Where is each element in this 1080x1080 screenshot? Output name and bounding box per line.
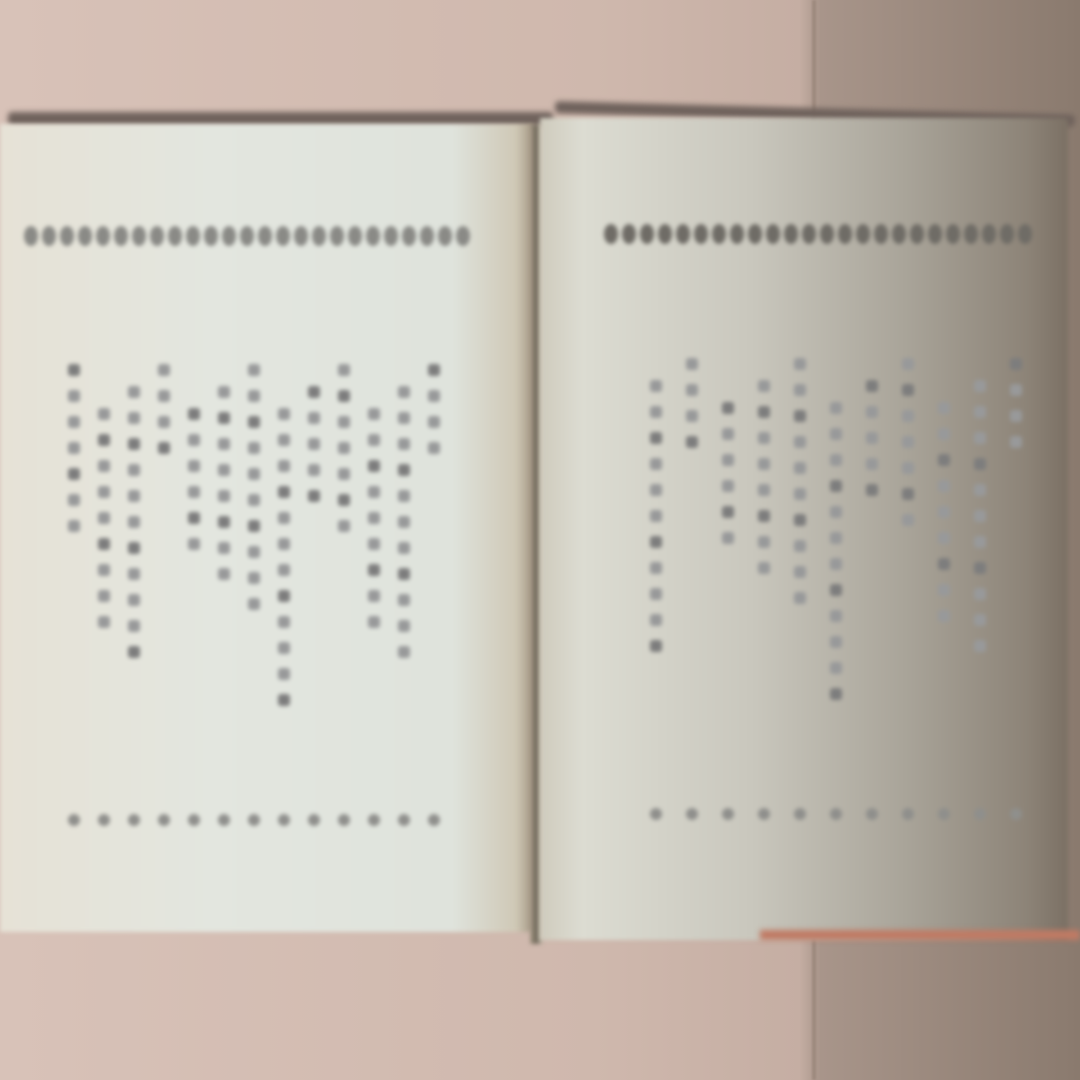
toc-entry-column xyxy=(338,364,350,532)
illegible-character xyxy=(758,458,770,470)
illegible-character xyxy=(338,364,350,376)
toc-entry-column xyxy=(758,380,770,574)
illegible-character xyxy=(722,480,734,492)
illegible-character xyxy=(128,490,140,502)
page-number-marker xyxy=(68,814,80,826)
illegible-character xyxy=(248,520,260,532)
illegible-character xyxy=(128,542,140,554)
illegible-character xyxy=(974,614,986,626)
illegible-character xyxy=(938,532,950,544)
page-number-marker xyxy=(158,814,170,826)
illegible-character xyxy=(128,386,140,398)
illegible-character xyxy=(188,486,200,498)
ornament-icon xyxy=(820,224,834,244)
book-cover-red-edge xyxy=(760,930,1080,940)
page-number-marker xyxy=(248,814,260,826)
illegible-character xyxy=(278,512,290,524)
illegible-character xyxy=(650,614,662,626)
illegible-character xyxy=(722,402,734,414)
illegible-character xyxy=(794,436,806,448)
illegible-character xyxy=(128,516,140,528)
ornament-icon xyxy=(982,224,996,244)
illegible-character xyxy=(974,510,986,522)
illegible-character xyxy=(794,566,806,578)
illegible-character xyxy=(68,442,80,454)
ornament-icon xyxy=(384,226,398,246)
illegible-character xyxy=(218,438,230,450)
ornament-icon xyxy=(132,226,146,246)
ornament-icon xyxy=(640,224,654,244)
illegible-character xyxy=(938,610,950,622)
illegible-character xyxy=(722,506,734,518)
ornament-icon xyxy=(748,224,762,244)
toc-entry-column xyxy=(722,402,734,544)
ornament-icon xyxy=(928,224,942,244)
illegible-character xyxy=(218,412,230,424)
illegible-character xyxy=(278,460,290,472)
illegible-character xyxy=(128,464,140,476)
toc-entry-column xyxy=(686,358,698,448)
illegible-character xyxy=(398,516,410,528)
illegible-character xyxy=(650,640,662,652)
right-page xyxy=(540,118,1068,940)
illegible-character xyxy=(1010,384,1022,396)
toc-entry-column xyxy=(866,380,878,496)
page-number-marker xyxy=(866,808,878,820)
page-number-marker xyxy=(308,814,320,826)
illegible-character xyxy=(218,516,230,528)
toc-entry-column xyxy=(68,364,80,532)
toc-entry-column xyxy=(650,380,662,652)
open-book xyxy=(0,112,1080,952)
toc-entry-column xyxy=(248,364,260,610)
illegible-character xyxy=(308,490,320,502)
illegible-character xyxy=(866,432,878,444)
illegible-character xyxy=(398,620,410,632)
illegible-character xyxy=(98,460,110,472)
illegible-character xyxy=(368,616,380,628)
illegible-character xyxy=(278,668,290,680)
illegible-character xyxy=(398,646,410,658)
illegible-character xyxy=(278,434,290,446)
illegible-character xyxy=(830,428,842,440)
illegible-character xyxy=(938,428,950,440)
ornament-icon xyxy=(712,224,726,244)
ornament-icon xyxy=(24,226,38,246)
ornament-border-left xyxy=(24,226,470,246)
illegible-character xyxy=(368,460,380,472)
illegible-character xyxy=(650,484,662,496)
illegible-character xyxy=(98,564,110,576)
illegible-character xyxy=(338,442,350,454)
illegible-character xyxy=(722,532,734,544)
illegible-character xyxy=(938,506,950,518)
illegible-character xyxy=(1010,436,1022,448)
illegible-character xyxy=(158,364,170,376)
ornament-icon xyxy=(294,226,308,246)
page-number-marker xyxy=(398,814,410,826)
illegible-character xyxy=(758,406,770,418)
toc-entry-column xyxy=(98,408,110,628)
illegible-character xyxy=(368,434,380,446)
illegible-character xyxy=(938,454,950,466)
page-number-marker xyxy=(902,808,914,820)
illegible-character xyxy=(830,402,842,414)
page-number-marker xyxy=(650,808,662,820)
illegible-character xyxy=(794,592,806,604)
illegible-character xyxy=(650,510,662,522)
illegible-character xyxy=(830,454,842,466)
ornament-icon xyxy=(1000,224,1014,244)
toc-entry-column xyxy=(938,402,950,622)
ornament-icon xyxy=(694,224,708,244)
illegible-character xyxy=(974,588,986,600)
illegible-character xyxy=(938,558,950,570)
ornament-icon xyxy=(964,224,978,244)
ornament-icon xyxy=(766,224,780,244)
illegible-character xyxy=(308,412,320,424)
illegible-character xyxy=(368,564,380,576)
page-number-marker xyxy=(278,814,290,826)
illegible-character xyxy=(866,458,878,470)
illegible-character xyxy=(248,546,260,558)
page-number-marker xyxy=(368,814,380,826)
illegible-character xyxy=(428,416,440,428)
illegible-character xyxy=(794,384,806,396)
illegible-character xyxy=(398,438,410,450)
illegible-character xyxy=(428,364,440,376)
illegible-character xyxy=(398,490,410,502)
illegible-character xyxy=(794,462,806,474)
illegible-character xyxy=(128,412,140,424)
ornament-icon xyxy=(96,226,110,246)
ornament-icon xyxy=(348,226,362,246)
toc-entry-column xyxy=(218,386,230,580)
illegible-character xyxy=(974,562,986,574)
illegible-character xyxy=(68,390,80,402)
illegible-character xyxy=(338,416,350,428)
illegible-character xyxy=(98,616,110,628)
illegible-character xyxy=(98,486,110,498)
toc-entry-column xyxy=(278,408,290,706)
ornament-icon xyxy=(222,226,236,246)
page-number-marker xyxy=(188,814,200,826)
illegible-character xyxy=(794,358,806,370)
illegible-character xyxy=(938,480,950,492)
left-page xyxy=(0,124,532,932)
illegible-character xyxy=(794,488,806,500)
illegible-character xyxy=(686,358,698,370)
illegible-character xyxy=(98,408,110,420)
page-number-marker xyxy=(974,808,986,820)
toc-entry-column xyxy=(158,364,170,454)
illegible-character xyxy=(248,416,260,428)
illegible-character xyxy=(974,432,986,444)
illegible-character xyxy=(794,410,806,422)
page-number-marker xyxy=(794,808,806,820)
ornament-icon xyxy=(438,226,452,246)
illegible-character xyxy=(938,584,950,596)
illegible-character xyxy=(278,486,290,498)
illegible-character xyxy=(98,434,110,446)
illegible-character xyxy=(248,468,260,480)
illegible-character xyxy=(758,380,770,392)
illegible-character xyxy=(278,642,290,654)
illegible-character xyxy=(428,442,440,454)
illegible-character xyxy=(338,494,350,506)
illegible-character xyxy=(722,428,734,440)
illegible-character xyxy=(830,506,842,518)
illegible-character xyxy=(1010,410,1022,422)
illegible-character xyxy=(758,562,770,574)
ornament-icon xyxy=(186,226,200,246)
illegible-character xyxy=(830,584,842,596)
illegible-character xyxy=(218,542,230,554)
ornament-icon xyxy=(622,224,636,244)
illegible-character xyxy=(830,480,842,492)
illegible-character xyxy=(338,520,350,532)
illegible-character xyxy=(278,616,290,628)
illegible-character xyxy=(902,436,914,448)
illegible-character xyxy=(398,412,410,424)
illegible-character xyxy=(650,536,662,548)
illegible-character xyxy=(428,390,440,402)
illegible-character xyxy=(758,536,770,548)
illegible-character xyxy=(974,640,986,652)
ornament-icon xyxy=(114,226,128,246)
illegible-character xyxy=(830,662,842,674)
toc-entry-column xyxy=(128,386,140,658)
illegible-character xyxy=(398,594,410,606)
illegible-character xyxy=(218,386,230,398)
illegible-character xyxy=(368,538,380,550)
illegible-character xyxy=(188,512,200,524)
illegible-character xyxy=(650,458,662,470)
illegible-character xyxy=(974,380,986,392)
ornament-icon xyxy=(168,226,182,246)
toc-entry-column xyxy=(902,358,914,526)
illegible-character xyxy=(398,568,410,580)
illegible-character xyxy=(218,464,230,476)
illegible-character xyxy=(794,514,806,526)
illegible-character xyxy=(650,406,662,418)
illegible-character xyxy=(650,432,662,444)
illegible-character xyxy=(686,384,698,396)
ornament-icon xyxy=(730,224,744,244)
page-number-marker xyxy=(428,814,440,826)
illegible-character xyxy=(398,464,410,476)
ornament-icon xyxy=(658,224,672,244)
ornament-icon xyxy=(604,224,618,244)
ornament-icon xyxy=(330,226,344,246)
toc-entry-column xyxy=(1010,358,1022,448)
illegible-character xyxy=(902,384,914,396)
illegible-character xyxy=(128,438,140,450)
illegible-character xyxy=(68,468,80,480)
ornament-icon xyxy=(892,224,906,244)
illegible-character xyxy=(368,486,380,498)
toc-entry-column xyxy=(398,386,410,658)
illegible-character xyxy=(830,558,842,570)
illegible-character xyxy=(902,488,914,500)
illegible-character xyxy=(866,406,878,418)
illegible-character xyxy=(830,610,842,622)
ornament-icon xyxy=(874,224,888,244)
illegible-character xyxy=(338,468,350,480)
illegible-character xyxy=(278,694,290,706)
illegible-character xyxy=(902,514,914,526)
ornament-icon xyxy=(676,224,690,244)
illegible-character xyxy=(68,416,80,428)
illegible-character xyxy=(98,538,110,550)
ornament-icon xyxy=(838,224,852,244)
illegible-character xyxy=(650,588,662,600)
illegible-character xyxy=(218,568,230,580)
toc-entry-column xyxy=(308,386,320,502)
illegible-character xyxy=(218,490,230,502)
illegible-character xyxy=(686,436,698,448)
illegible-character xyxy=(68,494,80,506)
illegible-character xyxy=(308,386,320,398)
page-number-marker xyxy=(758,808,770,820)
illegible-character xyxy=(398,542,410,554)
illegible-character xyxy=(722,454,734,466)
ornament-icon xyxy=(856,224,870,244)
ornament-icon xyxy=(60,226,74,246)
illegible-character xyxy=(278,408,290,420)
illegible-character xyxy=(308,464,320,476)
illegible-character xyxy=(188,460,200,472)
ornament-icon xyxy=(784,224,798,244)
illegible-character xyxy=(188,434,200,446)
toc-entry-column xyxy=(794,358,806,604)
illegible-character xyxy=(866,484,878,496)
illegible-character xyxy=(128,620,140,632)
illegible-character xyxy=(128,568,140,580)
illegible-character xyxy=(794,540,806,552)
page-number-marker xyxy=(686,808,698,820)
toc-entry-column xyxy=(830,402,842,700)
illegible-character xyxy=(830,532,842,544)
illegible-character xyxy=(830,688,842,700)
illegible-character xyxy=(68,520,80,532)
illegible-character xyxy=(128,646,140,658)
illegible-character xyxy=(188,538,200,550)
ornament-icon xyxy=(402,226,416,246)
illegible-character xyxy=(902,410,914,422)
illegible-character xyxy=(248,364,260,376)
illegible-character xyxy=(974,484,986,496)
illegible-character xyxy=(68,364,80,376)
illegible-character xyxy=(650,380,662,392)
ornament-icon xyxy=(42,226,56,246)
illegible-character xyxy=(338,390,350,402)
ornament-icon xyxy=(1018,224,1032,244)
illegible-character xyxy=(758,510,770,522)
ornament-icon xyxy=(258,226,272,246)
ornament-icon xyxy=(240,226,254,246)
toc-entry-column xyxy=(428,364,440,454)
illegible-character xyxy=(758,484,770,496)
page-number-marker xyxy=(1010,808,1022,820)
illegible-character xyxy=(158,416,170,428)
illegible-character xyxy=(1010,358,1022,370)
page-number-marker xyxy=(218,814,230,826)
illegible-character xyxy=(368,512,380,524)
illegible-character xyxy=(974,458,986,470)
illegible-character xyxy=(98,512,110,524)
ornament-icon xyxy=(78,226,92,246)
illegible-character xyxy=(188,408,200,420)
illegible-character xyxy=(308,438,320,450)
toc-entry-column xyxy=(974,380,986,652)
illegible-character xyxy=(938,402,950,414)
illegible-character xyxy=(158,442,170,454)
illegible-character xyxy=(248,572,260,584)
illegible-character xyxy=(650,562,662,574)
illegible-character xyxy=(248,390,260,402)
ornament-icon xyxy=(910,224,924,244)
ornament-icon xyxy=(366,226,380,246)
ornament-icon xyxy=(312,226,326,246)
ornament-icon xyxy=(420,226,434,246)
illegible-character xyxy=(368,590,380,602)
illegible-character xyxy=(278,538,290,550)
page-number-marker xyxy=(830,808,842,820)
ornament-icon xyxy=(276,226,290,246)
illegible-character xyxy=(902,462,914,474)
illegible-character xyxy=(158,390,170,402)
ornament-border-right xyxy=(604,224,1032,244)
ornament-icon xyxy=(150,226,164,246)
illegible-character xyxy=(248,494,260,506)
page-number-marker xyxy=(722,808,734,820)
illegible-character xyxy=(278,590,290,602)
illegible-character xyxy=(278,564,290,576)
page-number-marker xyxy=(938,808,950,820)
toc-entry-column xyxy=(368,408,380,628)
illegible-character xyxy=(758,432,770,444)
illegible-character xyxy=(98,590,110,602)
page-number-marker xyxy=(128,814,140,826)
ornament-icon xyxy=(456,226,470,246)
illegible-character xyxy=(830,636,842,648)
illegible-character xyxy=(974,536,986,548)
illegible-character xyxy=(248,442,260,454)
toc-entry-column xyxy=(188,408,200,550)
illegible-character xyxy=(398,386,410,398)
illegible-character xyxy=(974,406,986,418)
illegible-character xyxy=(368,408,380,420)
ornament-icon xyxy=(802,224,816,244)
page-number-marker xyxy=(338,814,350,826)
illegible-character xyxy=(902,358,914,370)
illegible-character xyxy=(128,594,140,606)
illegible-character xyxy=(686,410,698,422)
page-number-marker xyxy=(98,814,110,826)
illegible-character xyxy=(248,598,260,610)
ornament-icon xyxy=(946,224,960,244)
illegible-character xyxy=(866,380,878,392)
ornament-icon xyxy=(204,226,218,246)
